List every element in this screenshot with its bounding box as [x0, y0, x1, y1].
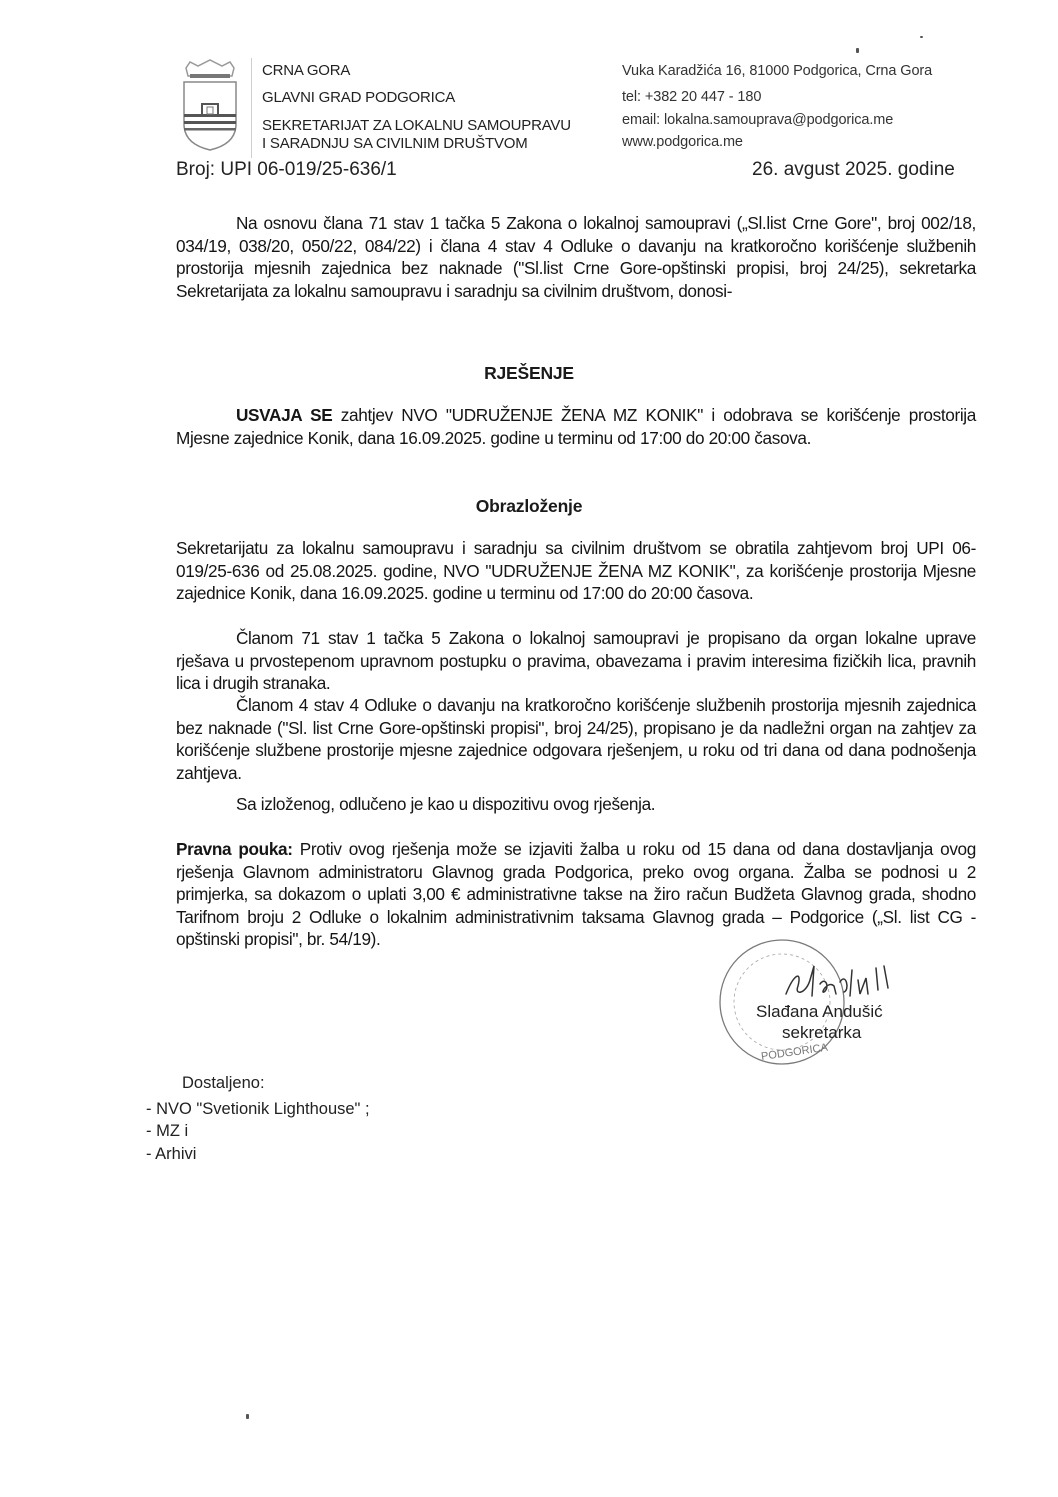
distribution-item: - Arhivi	[146, 1145, 196, 1164]
reasoning-paragraph-2: Članom 71 stav 1 tačka 5 Zakona o lokaln…	[176, 627, 976, 695]
coat-of-arms-logo	[180, 58, 240, 152]
signatory-name: Slađana Andušić	[756, 1000, 883, 1023]
scan-speck	[246, 1414, 249, 1419]
contact-website[interactable]: www.podgorica.me	[622, 134, 743, 150]
document-date: 26. avgust 2025. godine	[752, 159, 955, 181]
legal-notice-paragraph: Pravna pouka: Protiv ovog rješenja može …	[176, 838, 976, 951]
org-country: CRNA GORA	[262, 62, 350, 79]
svg-text:PODGORICA: PODGORICA	[760, 1042, 829, 1063]
contact-phone: tel: +382 20 447 - 180	[622, 89, 761, 105]
legal-notice-text: Protiv ovog rješenja može se izjaviti ža…	[176, 839, 976, 949]
reasoning-paragraph-1: Sekretarijatu za lokalnu samoupravu i sa…	[176, 537, 976, 605]
org-city: GLAVNI GRAD PODGORICA	[262, 89, 455, 106]
org-secretariat-cont: I SARADNJU SA CIVILNIM DRUŠTVOM	[262, 135, 528, 152]
scan-speck	[920, 36, 923, 38]
reasoning-paragraph-3: Članom 4 stav 4 Odluke o davanju na krat…	[176, 694, 976, 784]
signatory-role: sekretarka	[782, 1023, 861, 1043]
decision-paragraph: USVAJA SE zahtjev NVO "UDRUŽENJE ŽENA MZ…	[176, 404, 976, 449]
decision-lead: USVAJA SE	[236, 405, 332, 425]
distribution-item: - MZ i	[146, 1122, 188, 1141]
contact-email[interactable]: email: lokalna.samouprava@podgorica.me	[622, 112, 893, 128]
contact-address: Vuka Karadžića 16, 81000 Podgorica, Crna…	[622, 63, 932, 79]
preamble-paragraph: Na osnovu člana 71 stav 1 tačka 5 Zakona…	[176, 212, 976, 302]
reasoning-title: Obrazloženje	[0, 496, 1058, 517]
header-divider	[251, 58, 252, 158]
reasoning-conclusion: Sa izloženog, odlučeno je kao u dispozit…	[176, 793, 976, 816]
scan-speck	[856, 48, 859, 53]
reference-number: Broj: UPI 06-019/25-636/1	[176, 159, 397, 181]
decision-title: RJEŠENJE	[0, 363, 1058, 384]
legal-notice-lead: Pravna pouka:	[176, 839, 293, 859]
distribution-item: - NVO "Svetionik Lighthouse" ;	[146, 1100, 370, 1119]
handwritten-signature	[780, 960, 900, 1005]
org-secretariat: SEKRETARIJAT ZA LOKALNU SAMOUPRAVU	[262, 117, 571, 134]
distribution-label: Dostaljeno:	[182, 1074, 265, 1093]
